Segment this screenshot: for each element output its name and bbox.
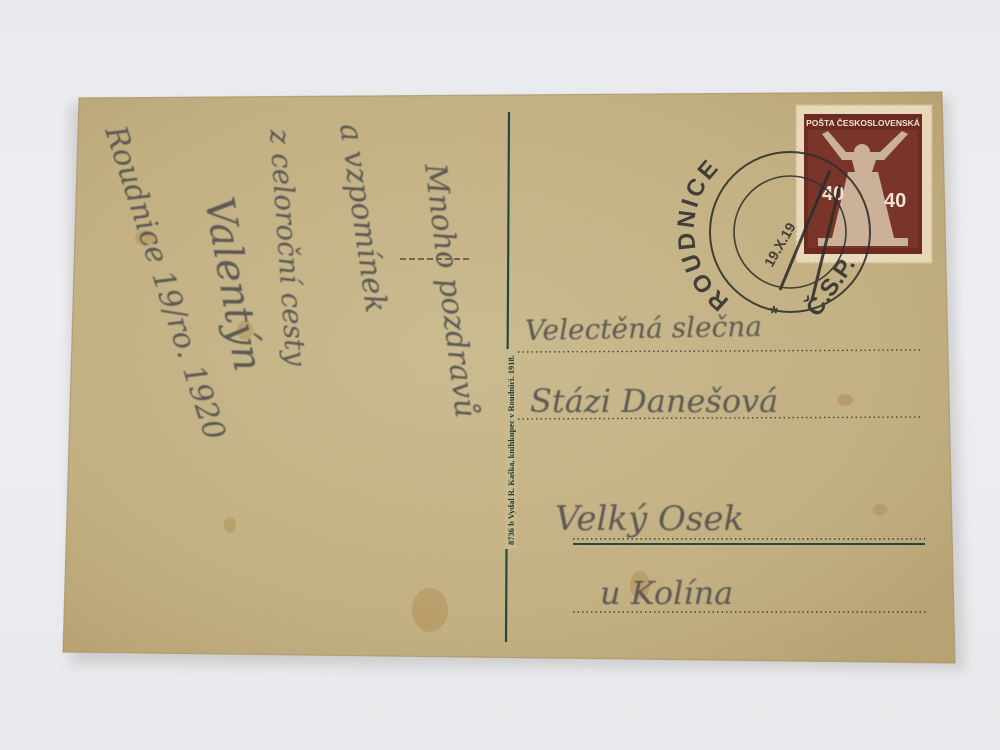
photo-scene: 8736 b Vydal R. Kaška, knihkupec v Roudn… <box>0 0 1000 750</box>
address-line-2: Stázi Danešová <box>530 382 778 420</box>
stamp-value-right: 40 <box>884 190 906 212</box>
address-line-3: Velký Osek <box>555 499 744 539</box>
postcard: 8736 b Vydal R. Kaška, knihkupec v Roudn… <box>63 92 955 663</box>
publisher-text: 8736 b Vydal R. Kaška, knihkupec v Roudn… <box>506 355 516 545</box>
postmark-star-icon: * <box>770 303 778 325</box>
address-line-4: u Kolína <box>600 574 733 612</box>
stamp-header: POŠTA ČESKOSLOVENSKÁ <box>806 117 920 128</box>
address-line-1: Velectěná slečna <box>525 310 763 347</box>
publisher-imprint: 8736 b Vydal R. Kaška, knihkupec v Roudn… <box>505 349 517 549</box>
postage-stamp: POŠTA ČESKOSLOVENSKÁ 40 40 <box>796 105 932 263</box>
